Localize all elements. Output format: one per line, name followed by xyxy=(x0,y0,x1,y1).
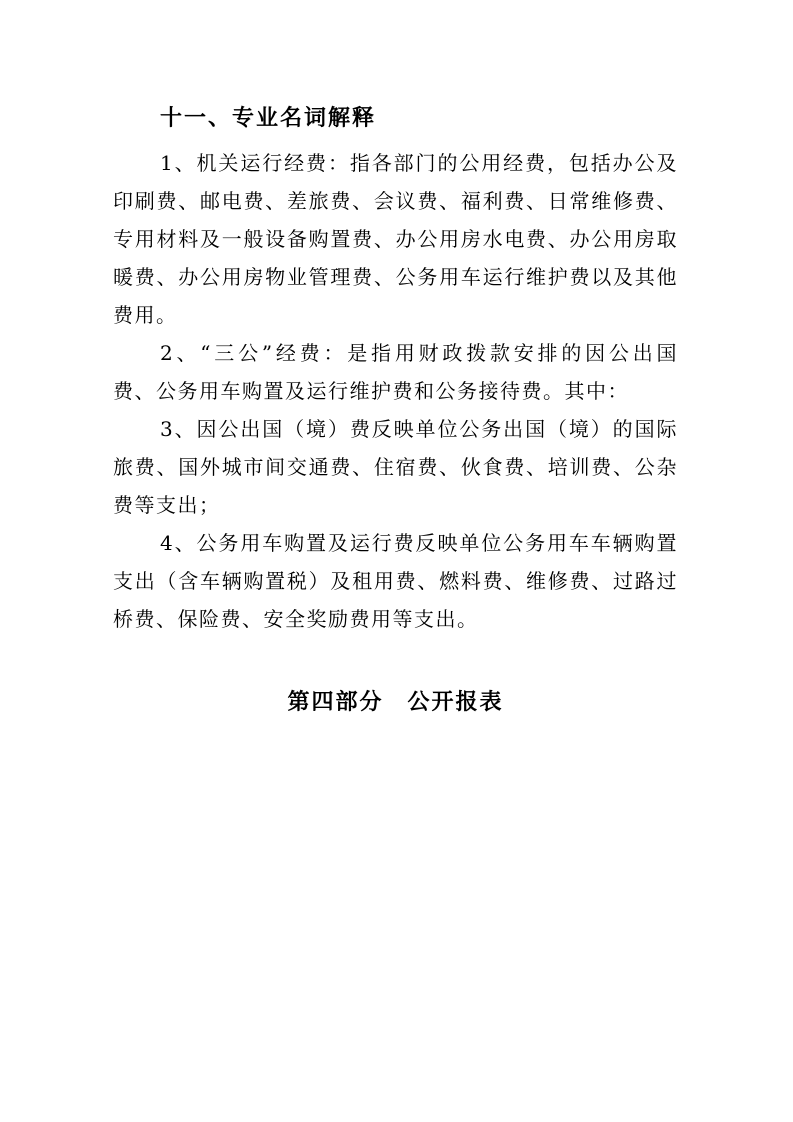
text-line: 支出（含车辆购置税）及租用费、燃料费、维修费、过路过 xyxy=(113,562,678,600)
text-line: 费用。 xyxy=(113,296,678,334)
text-line: 专用材料及一般设备购置费、办公用房水电费、办公用房取 xyxy=(113,220,678,258)
text-line: 印刷费、邮电费、差旅费、会议费、福利费、日常维修费、 xyxy=(113,182,678,220)
text-line: 费等支出； xyxy=(113,486,678,524)
text-line: 桥费、保险费、安全奖励费用等支出。 xyxy=(113,600,678,638)
part-heading: 第四部分 公开报表 xyxy=(113,683,678,721)
text-line: 3、因公出国（境）费反映单位公务出国（境）的国际 xyxy=(113,410,678,448)
text-line: 暖费、办公用房物业管理费、公务用车运行维护费以及其他 xyxy=(113,258,678,296)
paragraph-agency-operating-funds: 1、机关运行经费：指各部门的公用经费，包括办公及 印刷费、邮电费、差旅费、会议费… xyxy=(113,144,678,334)
paragraph-overseas-travel-funds: 3、因公出国（境）费反映单位公务出国（境）的国际 旅费、国外城市间交通费、住宿费… xyxy=(113,410,678,524)
text-line: 4、公务用车购置及运行费反映单位公务用车车辆购置 xyxy=(113,524,678,562)
section-heading: 十一、专业名词解释 xyxy=(113,99,678,137)
paragraph-three-public-funds: 2、“三公”经费：是指用财政拨款安排的因公出国（境） 费、公务用车购置及运行维护… xyxy=(113,334,678,410)
text-line: 旅费、国外城市间交通费、住宿费、伙食费、培训费、公杂 xyxy=(113,448,678,486)
paragraph-official-vehicle-funds: 4、公务用车购置及运行费反映单位公务用车车辆购置 支出（含车辆购置税）及租用费、… xyxy=(113,524,678,638)
text-line: 费、公务用车购置及运行维护费和公务接待费。其中： xyxy=(113,372,678,410)
text-line: 1、机关运行经费：指各部门的公用经费，包括办公及 xyxy=(113,144,678,182)
text-line: 2、“三公”经费：是指用财政拨款安排的因公出国（境） xyxy=(113,334,678,372)
document-page: 十一、专业名词解释 1、机关运行经费：指各部门的公用经费，包括办公及 印刷费、邮… xyxy=(0,0,793,1122)
